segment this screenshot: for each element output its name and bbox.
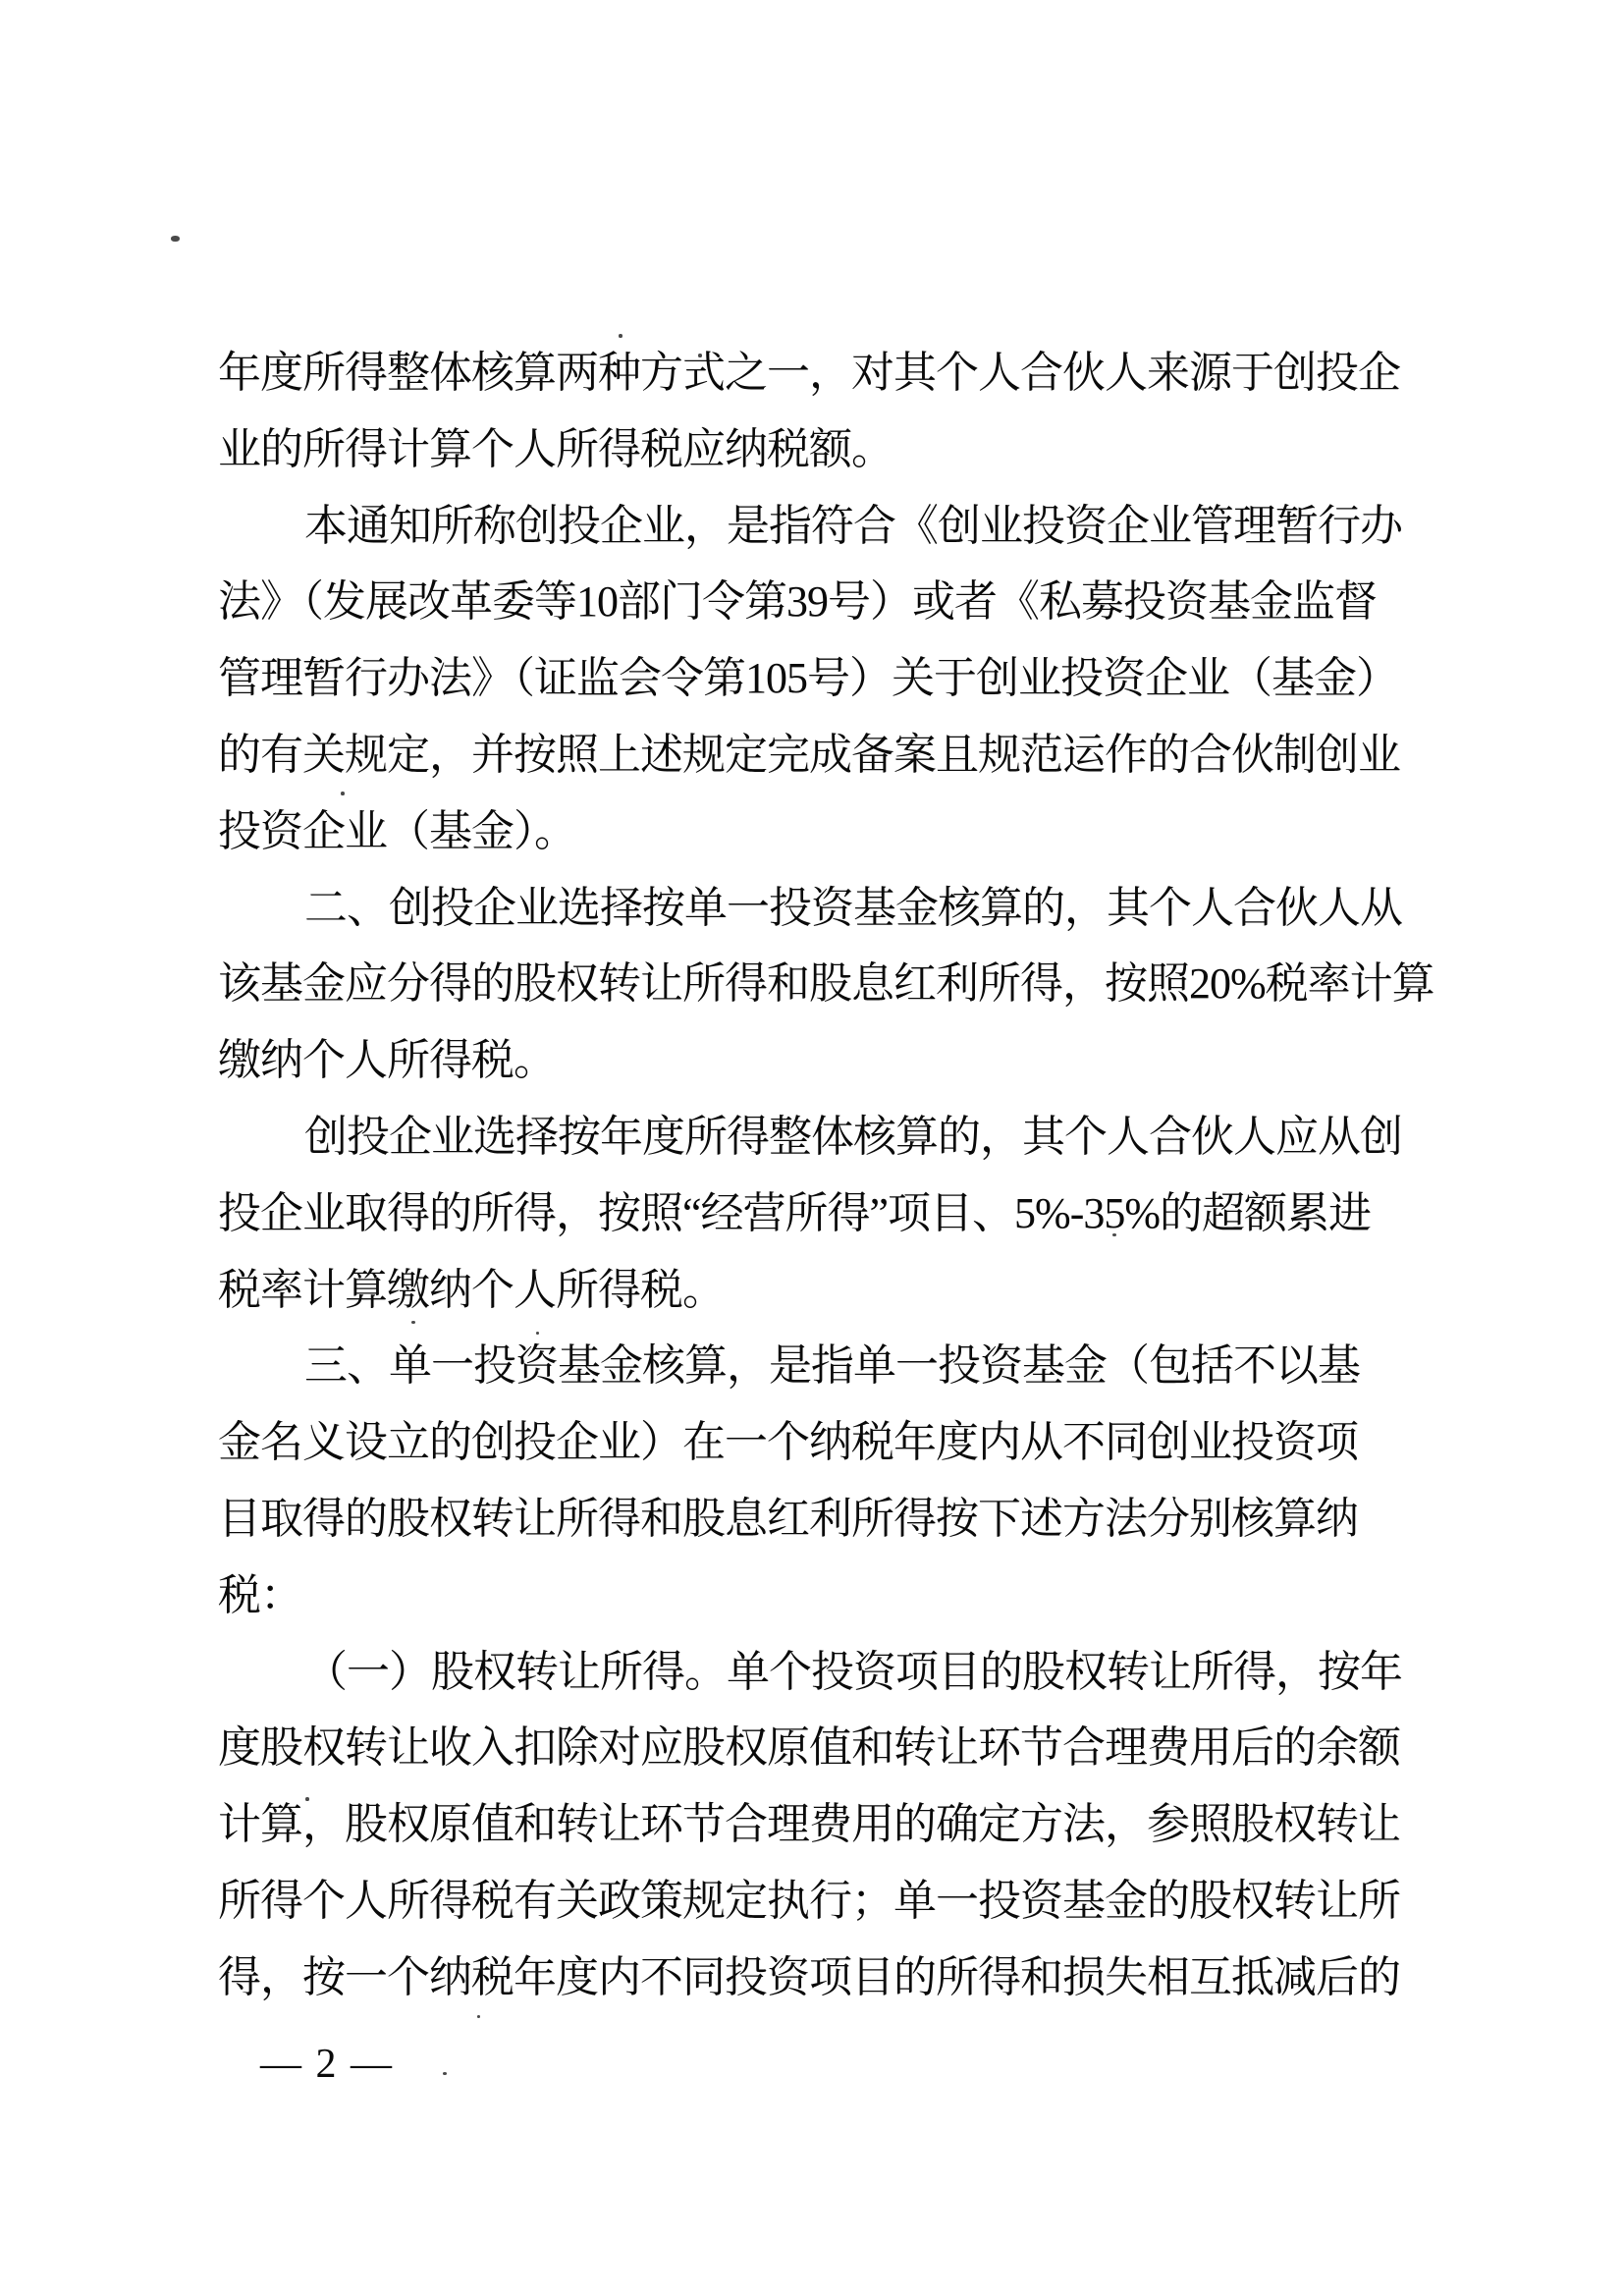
text-line: 创投企业选择按年度所得整体核算的，其个人合伙人应从创 — [218, 1099, 1416, 1175]
text-line: （一）股权转让所得。单个投资项目的股权转让所得，按年 — [218, 1634, 1416, 1711]
text-line: 投企业取得的所得，按照“经营所得”项目、5%-35%的超额累进 — [218, 1175, 1416, 1252]
text-line: 三、单一投资基金核算，是指单一投资基金（包括不以基 — [218, 1328, 1416, 1404]
scan-artifact — [411, 1321, 415, 1324]
text-line: 目取得的股权转让所得和股息红利所得按下述方法分别核算纳 — [218, 1481, 1416, 1558]
text-line: 得，按一个纳税年度内不同投资项目的所得和损失相互抵减后的 — [218, 1940, 1416, 2016]
document-page: 年度所得整体核算两种方式之一，对其个人合伙人来源于创投企 业的所得计算个人所得税… — [0, 0, 1623, 2296]
text-line: 管理暂行办法》（证监会令第105号）关于创业投资企业（基金） — [218, 640, 1416, 717]
scan-artifact — [341, 792, 345, 795]
scan-artifact — [1112, 1233, 1116, 1236]
scan-artifact — [305, 1797, 309, 1801]
scan-artifact — [619, 334, 622, 338]
text-line: 该基金应分得的股权转让所得和股息红利所得，按照20%税率计算 — [218, 946, 1416, 1022]
scan-artifact — [698, 354, 702, 357]
text-line: 本通知所称创投企业，是指符合《创业投资企业管理暂行办 — [218, 488, 1416, 565]
scan-artifact — [443, 2072, 447, 2075]
text-line: 税率计算缴纳个人所得税。 — [218, 1252, 1416, 1329]
scan-artifact — [536, 1332, 539, 1335]
document-text: 年度所得整体核算两种方式之一，对其个人合伙人来源于创投企 业的所得计算个人所得税… — [218, 335, 1416, 2016]
text-line: 的有关规定，并按照上述规定完成备案且规范运作的合伙制创业 — [218, 717, 1416, 793]
text-line: 计算，股权原值和转让环节合理费用的确定方法，参照股权转让 — [218, 1786, 1416, 1863]
text-line: 投资企业（基金）。 — [218, 793, 1416, 870]
text-line: 度股权转让收入扣除对应股权原值和转让环节合理费用后的余额 — [218, 1710, 1416, 1786]
text-line: 缴纳个人所得税。 — [218, 1022, 1416, 1099]
text-line: 年度所得整体核算两种方式之一，对其个人合伙人来源于创投企 — [218, 335, 1416, 411]
text-line: 所得个人所得税有关政策规定执行；单一投资基金的股权转让所 — [218, 1863, 1416, 1940]
scan-artifact — [171, 236, 180, 242]
page-number: — 2 — — [260, 2035, 394, 2094]
text-line: 法》（发展改革委等10部门令第39号）或者《私募投资基金监督 — [218, 564, 1416, 640]
scan-artifact — [477, 2015, 480, 2018]
text-line: 税： — [218, 1558, 1416, 1634]
text-line: 金名义设立的创投企业）在一个纳税年度内从不同创业投资项 — [218, 1404, 1416, 1481]
text-line: 二、创投企业选择按单一投资基金核算的，其个人合伙人从 — [218, 870, 1416, 947]
text-line: 业的所得计算个人所得税应纳税额。 — [218, 411, 1416, 488]
